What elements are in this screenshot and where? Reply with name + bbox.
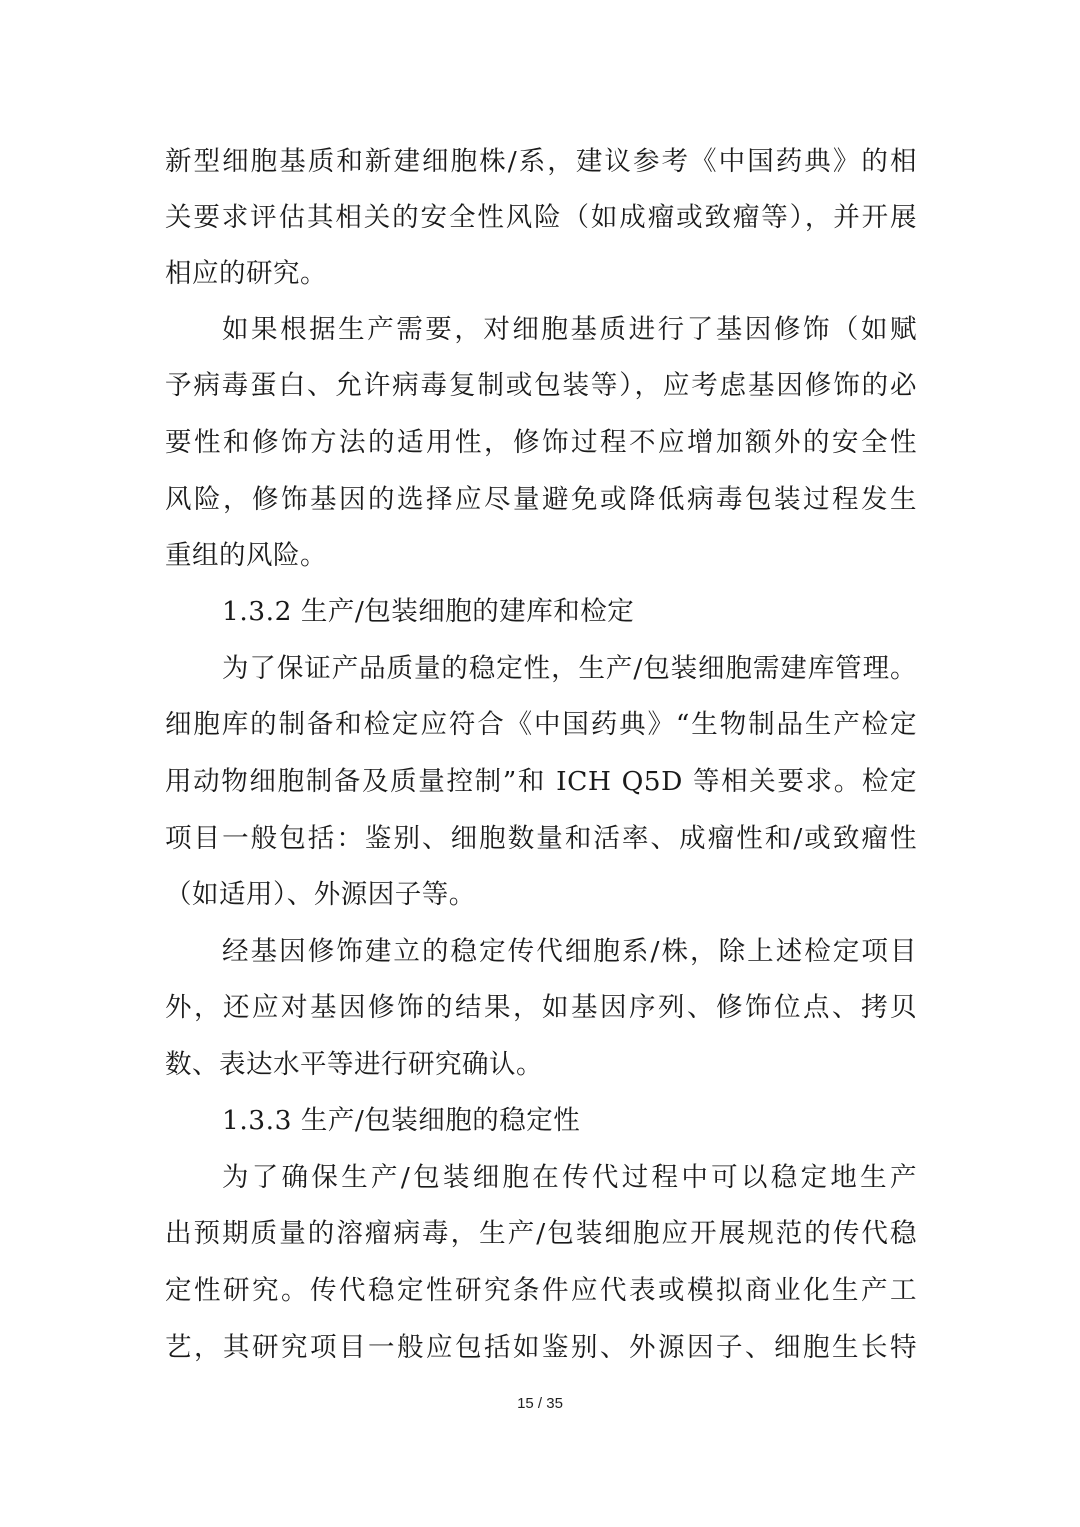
paragraph-line: （如适用）、外源因子等。	[165, 875, 917, 915]
paragraph-line: 予病毒蛋白、允许病毒复制或包装等），应考虑基因修饰的必	[165, 366, 917, 406]
paragraph-line: 为了保证产品质量的稳定性，生产/包装细胞需建库管理。	[222, 649, 917, 689]
paragraph-line: 定性研究。传代稳定性研究条件应代表或模拟商业化生产工	[165, 1271, 917, 1311]
paragraph-line: 风险，修饰基因的选择应尽量避免或降低病毒包装过程发生	[165, 480, 917, 520]
paragraph-line: 数、表达水平等进行研究确认。	[165, 1045, 917, 1085]
paragraph-line: 项目一般包括：鉴别、细胞数量和活率、成瘤性和/或致瘤性	[165, 819, 917, 859]
paragraph-line: 艺，其研究项目一般应包括如鉴别、外源因子、细胞生长特	[165, 1328, 917, 1368]
paragraph-line: 出预期质量的溶瘤病毒，生产/包装细胞应开展规范的传代稳	[165, 1214, 917, 1254]
paragraph-line: 为了确保生产/包装细胞在传代过程中可以稳定地生产	[222, 1158, 917, 1198]
paragraph-line: 经基因修饰建立的稳定传代细胞系/株，除上述检定项目	[222, 932, 917, 972]
paragraph-line: 要性和修饰方法的适用性，修饰过程不应增加额外的安全性	[165, 423, 917, 463]
document-page: 新型细胞基质和新建细胞株/系，建议参考《中国药典》的相 关要求评估其相关的安全性…	[0, 0, 1080, 1527]
section-heading-1-3-3: 1.3.3 生产/包装细胞的稳定性	[222, 1101, 917, 1141]
paragraph-line: 关要求评估其相关的安全性风险（如成瘤或致瘤等），并开展	[165, 198, 917, 238]
paragraph-line: 相应的研究。	[165, 254, 917, 294]
paragraph-line: 新型细胞基质和新建细胞株/系，建议参考《中国药典》的相	[165, 142, 917, 182]
paragraph-line: 用动物细胞制备及质量控制”和 ICH Q5D 等相关要求。检定	[165, 762, 917, 802]
paragraph-line: 重组的风险。	[165, 536, 917, 576]
page-number: 15 / 35	[0, 1395, 1080, 1412]
paragraph-line: 细胞库的制备和检定应符合《中国药典》“生物制品生产检定	[165, 705, 917, 745]
paragraph-line: 外，还应对基因修饰的结果，如基因序列、修饰位点、拷贝	[165, 988, 917, 1028]
paragraph-line: 如果根据生产需要，对细胞基质进行了基因修饰（如赋	[222, 310, 917, 350]
section-heading-1-3-2: 1.3.2 生产/包装细胞的建库和检定	[222, 592, 917, 632]
